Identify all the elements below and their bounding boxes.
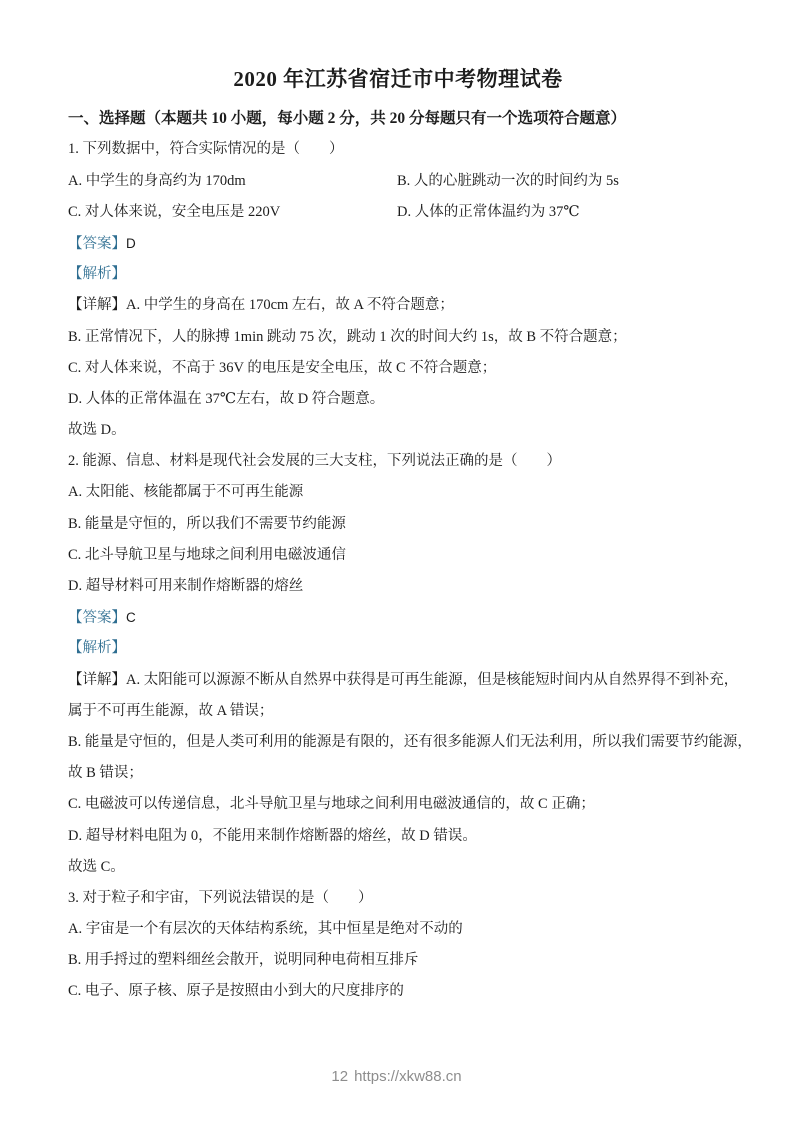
question-2-option-b: B. 能量是守恒的，所以我们不需要节约能源 <box>68 509 728 540</box>
question-1-option-c: C. 对人体来说，安全电压是 220V <box>68 197 397 228</box>
question-1-conclusion: 故选 D。 <box>68 415 728 446</box>
question-2-stem: 2. 能源、信息、材料是现代社会发展的三大支柱，下列说法正确的是（ ） <box>68 446 728 477</box>
question-1-detail-a: 【详解】A. 中学生的身高在 170cm 左右，故 A 不符合题意； <box>68 290 728 321</box>
answer-label: 【答案】 <box>68 610 126 626</box>
question-3-option-b: B. 用手捋过的塑料细丝会散开，说明同种电荷相互排斥 <box>68 945 728 976</box>
question-1-analysis-line: 【解析】 <box>68 259 728 290</box>
page-number: 12 <box>331 1068 348 1085</box>
question-1-options-row-1: A. 中学生的身高约为 170dm B. 人的心脏跳动一次的时间约为 5s <box>68 166 728 197</box>
analysis-label: 【解析】 <box>68 266 126 282</box>
question-2-detail-d: D. 超导材料电阻为 0，不能用来制作熔断器的熔丝，故 D 错误。 <box>68 821 728 852</box>
question-1-answer: D <box>126 236 136 251</box>
question-2-detail-b2: 故 B 错误； <box>68 758 728 789</box>
footer-url: https://xkw88.cn <box>354 1068 462 1085</box>
question-2-conclusion: 故选 C。 <box>68 852 728 883</box>
question-1-option-a: A. 中学生的身高约为 170dm <box>68 166 397 197</box>
question-3-option-a: A. 宇宙是一个有层次的天体结构系统，其中恒星是绝对不动的 <box>68 914 728 945</box>
page-title: 2020 年江苏省宿迁市中考物理试卷 <box>68 64 728 95</box>
question-2-answer: C <box>126 610 136 625</box>
answer-label: 【答案】 <box>68 236 126 252</box>
question-1-answer-line: 【答案】D <box>68 228 728 259</box>
question-1-detail-d: D. 人体的正常体温在 37℃左右，故 D 符合题意。 <box>68 384 728 415</box>
question-2-option-c: C. 北斗导航卫星与地球之间利用电磁波通信 <box>68 540 728 571</box>
question-2-answer-line: 【答案】C <box>68 602 728 633</box>
question-1-stem: 1. 下列数据中，符合实际情况的是（ ） <box>68 134 728 165</box>
question-2-option-d: D. 超导材料可用来制作熔断器的熔丝 <box>68 571 728 602</box>
section-header: 一、选择题（本题共 10 小题，每小题 2 分，共 20 分每题只有一个选项符合… <box>68 103 728 134</box>
question-2-detail-b1: B. 能量是守恒的，但是人类可利用的能源是有限的，还有很多能源人们无法利用，所以… <box>68 727 728 758</box>
question-3-option-c: C. 电子、原子核、原子是按照由小到大的尺度排序的 <box>68 976 728 1007</box>
document-body: 2020 年江苏省宿迁市中考物理试卷 一、选择题（本题共 10 小题，每小题 2… <box>68 64 728 1008</box>
question-2-detail-c: C. 电磁波可以传递信息，北斗导航卫星与地球之间利用电磁波通信的，故 C 正确； <box>68 789 728 820</box>
analysis-label: 【解析】 <box>68 640 126 656</box>
question-1-detail-b: B. 正常情况下，人的脉搏 1min 跳动 75 次，跳动 1 次的时间大约 1… <box>68 322 728 353</box>
question-2-analysis-line: 【解析】 <box>68 633 728 664</box>
question-1-detail-c: C. 对人体来说，不高于 36V 的电压是安全电压，故 C 不符合题意； <box>68 353 728 384</box>
question-2-option-a: A. 太阳能、核能都属于不可再生能源 <box>68 477 728 508</box>
question-1-options-row-2: C. 对人体来说，安全电压是 220V D. 人体的正常体温约为 37℃ <box>68 197 728 228</box>
question-2-detail-a1: 【详解】A. 太阳能可以源源不断从自然界中获得是可再生能源，但是核能短时间内从自… <box>68 665 728 696</box>
question-1-option-d: D. 人体的正常体温约为 37℃ <box>397 197 580 228</box>
question-3-stem: 3. 对于粒子和宇宙，下列说法错误的是（ ） <box>68 883 728 914</box>
page-footer: 12https://xkw88.cn <box>0 1068 793 1085</box>
question-1-option-b: B. 人的心脏跳动一次的时间约为 5s <box>397 166 619 197</box>
question-2-detail-a2: 属于不可再生能源，故 A 错误； <box>68 696 728 727</box>
